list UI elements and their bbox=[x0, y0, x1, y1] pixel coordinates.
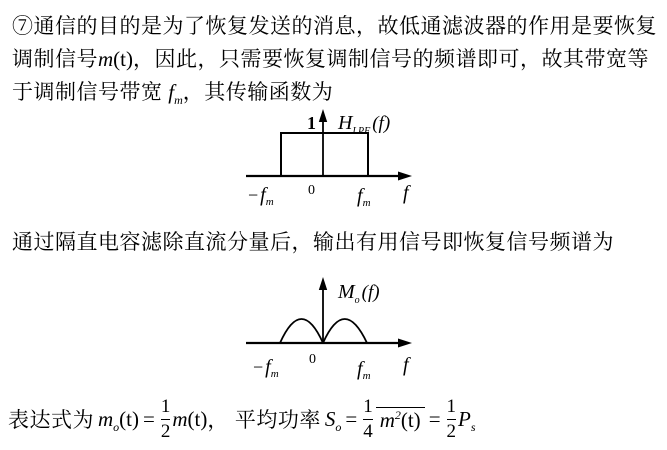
document-page: { "colors": { "ink": "#000000", "backgro… bbox=[0, 0, 667, 450]
recovered-spectrum-figure: Mo(f) −fm 0 fm f bbox=[243, 273, 423, 387]
fraction-one-half: 1 2 bbox=[161, 396, 171, 443]
fraction-bar bbox=[447, 419, 457, 420]
comma-separator: ， bbox=[207, 404, 229, 434]
figure2-title: Mo(f) bbox=[337, 281, 380, 306]
fraction-numerator: 1 bbox=[161, 396, 171, 418]
figure1-title: HLPF(f) bbox=[337, 112, 390, 137]
paragraph1-line1: ⑦通信的目的是为了恢复发送的消息，故低通滤波器的作用是要恢复 bbox=[12, 10, 657, 40]
fraction-denominator: 4 bbox=[363, 421, 373, 443]
math-m-out: mo(t) bbox=[98, 407, 139, 432]
spectrum-lobe-left bbox=[280, 319, 323, 343]
math-S-out: So bbox=[325, 407, 342, 432]
math-var-fm: fm bbox=[168, 80, 183, 104]
paragraph1-line2-text-pre: 调制信号 bbox=[12, 47, 98, 71]
x-axis-arrow-icon bbox=[398, 339, 412, 348]
math-m-in: m(t) bbox=[172, 407, 207, 432]
equals-sign: = bbox=[143, 407, 155, 432]
fraction-numerator: 1 bbox=[363, 396, 373, 418]
formula-prefix: 表达式为 bbox=[8, 404, 94, 434]
math-arg-t: (t) bbox=[113, 47, 133, 71]
fraction-bar bbox=[363, 419, 373, 420]
figure1-origin-label: 0 bbox=[308, 183, 315, 198]
paragraph1-line3: 于调制信号带宽 fm，其传输函数为 bbox=[12, 76, 333, 106]
math-P-s: Ps bbox=[458, 407, 476, 432]
paragraph1-line3-text-post: ，其传输函数为 bbox=[183, 80, 334, 104]
power-label: 平均功率 bbox=[235, 404, 321, 434]
time-average-overline: m2(t) bbox=[376, 407, 425, 431]
figure2-origin-label: 0 bbox=[309, 352, 316, 367]
spectrum-lobe-right bbox=[323, 319, 367, 343]
x-axis-arrow-icon bbox=[398, 172, 412, 181]
paragraph1-line3-text-pre: 于调制信号带宽 bbox=[12, 80, 163, 104]
fraction-one-quarter: 1 4 bbox=[363, 396, 373, 443]
figure2-xneg-label: −fm bbox=[253, 356, 279, 380]
equals-sign: = bbox=[345, 407, 357, 432]
lpf-transfer-function-figure: 1 HLPF(f) −fm 0 fm f bbox=[243, 103, 423, 215]
figure2-axis-label: f bbox=[403, 354, 411, 376]
fraction-bar bbox=[161, 419, 171, 420]
figure2-xpos-label: fm bbox=[357, 358, 371, 382]
y-axis-arrow-icon bbox=[319, 109, 327, 122]
fraction-numerator: 1 bbox=[447, 396, 457, 418]
fraction-denominator: 2 bbox=[161, 421, 171, 443]
paragraph1-line2: 调制信号m(t)，因此，只需要恢复调制信号的频谱即可，故其带宽等 bbox=[12, 43, 649, 73]
figure1-xpos-label: fm bbox=[357, 185, 371, 209]
y-axis-arrow-icon bbox=[319, 277, 327, 290]
fraction-denominator: 2 bbox=[447, 421, 457, 443]
math-var-m: m bbox=[98, 47, 113, 71]
figure1-axis-label: f bbox=[403, 182, 411, 204]
paragraph2: 通过隔直电容滤除直流分量后，输出有用信号即恢复信号频谱为 bbox=[12, 226, 614, 256]
amplitude-one-label: 1 bbox=[307, 113, 316, 133]
equals-sign: = bbox=[429, 407, 441, 432]
paragraph1-line2-text-post: ，因此，只需要恢复调制信号的频谱即可，故其带宽等 bbox=[133, 47, 649, 71]
passband-rect bbox=[281, 133, 368, 176]
fraction-one-half-2: 1 2 bbox=[447, 396, 457, 443]
figure1-xneg-label: −fm bbox=[248, 184, 274, 208]
formula-line: 表达式为 mo(t) = 1 2 m(t) ， 平均功率 So = 1 4 m2… bbox=[8, 390, 476, 448]
